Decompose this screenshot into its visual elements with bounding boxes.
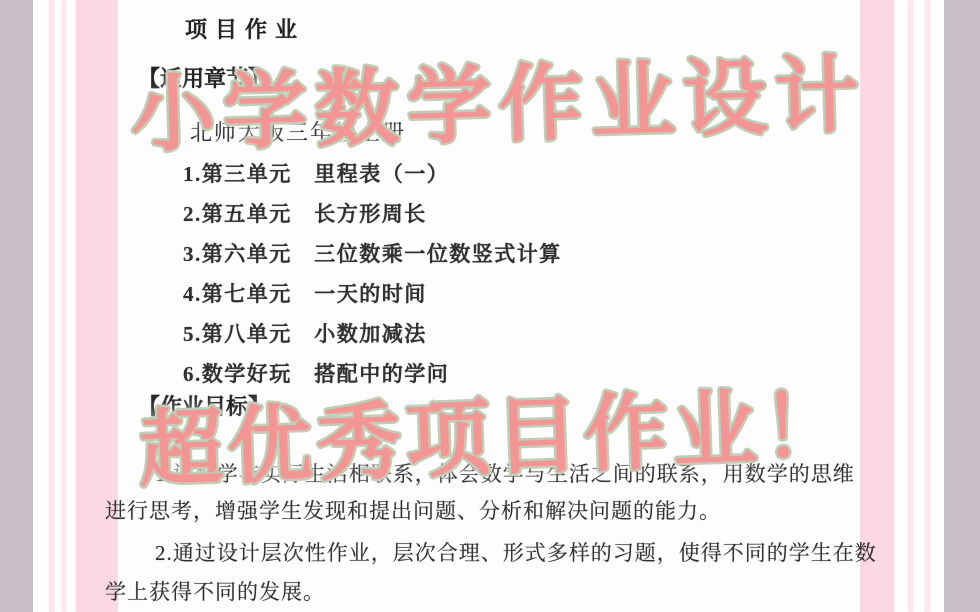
unit-list-item-1: 1.第三单元 里程表（一） [183,164,449,185]
document-title: 项目作业 [185,19,305,41]
right-border-thin-pink-stripe-1 [908,0,913,612]
left-border-thin-pink-stripe-1 [49,0,54,612]
unit-list-item-4: 4.第七单元 一天的时间 [183,284,427,305]
overlay-caption-top: 小学数学作业设计 [130,52,868,157]
unit-list-item-6: 6.数学好玩 搭配中的学问 [183,364,449,385]
right-border-thin-pink-stripe-2 [925,0,930,612]
left-border-mauve-stripe [0,0,33,612]
goal-line-2: 进行思考，增强学生发现和提出问题、分析和解决问题的能力。 [105,501,721,522]
unit-list-item-3: 3.第六单元 三位数乘一位数竖式计算 [183,244,562,265]
goal-line-3: 2.通过设计层次性作业，层次合理、形式多样的习题，使得不同的学生在数 [155,543,877,564]
unit-list-item-5: 5.第八单元 小数加减法 [183,324,427,345]
overlay-caption-bottom: 超优秀项目作业！ [138,383,853,492]
goal-line-4: 学上获得不同的发展。 [105,582,325,603]
unit-list-item-2: 2.第五单元 长方形周长 [183,204,427,225]
left-border-thin-pink-stripe-2 [62,0,66,612]
right-border-mauve-stripe [944,0,980,612]
